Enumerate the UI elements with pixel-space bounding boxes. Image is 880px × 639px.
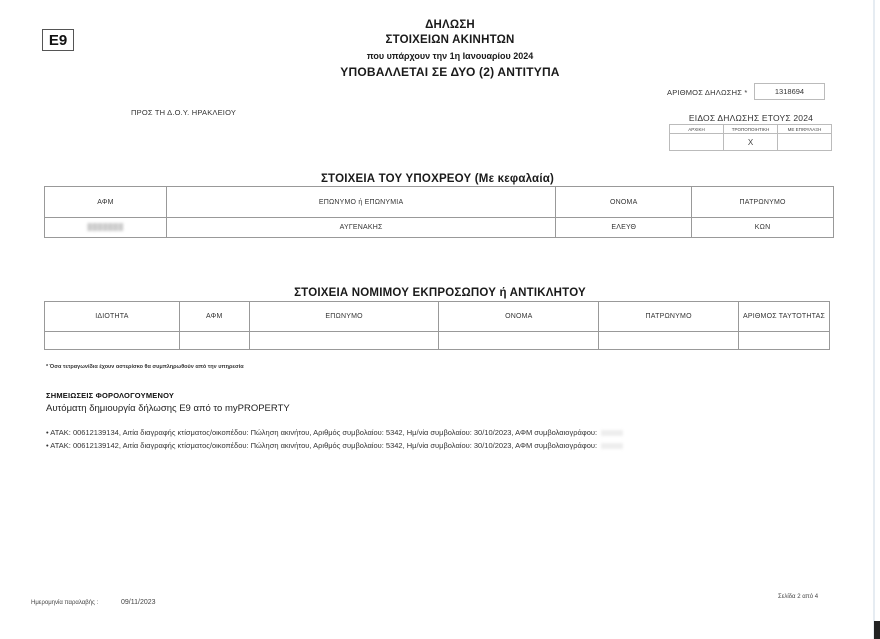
- table-header-row: ΑΦΜ ΕΠΩΝΥΜΟ ή ΕΠΩΝΥΜΙΑ ΟΝΟΜΑ ΠΑΤΡΩΝΥΜΟ: [45, 187, 834, 218]
- title-line-date: που υπάρχουν την 1η Ιανουαρίου 2024: [300, 48, 600, 64]
- scan-corner-artifact: [874, 621, 880, 639]
- kind-header-amending: ΤΡΟΠΟΠΟΙΗΤΙΚΗ: [724, 125, 778, 134]
- title-line-declaration: ΔΗΛΩΣΗ: [300, 18, 600, 32]
- scan-edge-shadow: [873, 0, 875, 639]
- table-row: ▒▒▒▒▒▒▒ ΑΥΓΕΝΑΚΗΣ ΕΛΕΥΘ ΚΩΝ: [45, 218, 834, 238]
- note-text: • ΑΤΑΚ: 00612139134, Αιτία διαγραφής κτί…: [46, 428, 597, 437]
- asterisk-footnote: * Όσα τετραγωνίδια έχουν αστερίσκο θα συ…: [46, 364, 244, 370]
- header-name: ΟΝΟΜΑ: [439, 302, 599, 332]
- rep-surname: [249, 332, 439, 350]
- declaration-number-label: ΑΡΙΘΜΟΣ ΔΗΛΩΣΗΣ *: [667, 88, 747, 97]
- representative-section-title: ΣΤΟΙΧΕΙΑ ΝΟΜΙΜΟΥ ΕΚΠΡΟΣΩΠΟΥ ή ΑΝΤΙΚΛΗΤΟΥ: [270, 287, 610, 299]
- title-line-subject: ΣΤΟΙΧΕΙΩΝ ΑΚΙΝΗΤΩΝ: [300, 32, 600, 48]
- list-item: • ΑΤΑΚ: 00612139142, Αιτία διαγραφής κτί…: [46, 440, 623, 453]
- notes-list: • ΑΤΑΚ: 00612139134, Αιτία διαγραφής κτί…: [46, 427, 623, 452]
- declaration-number-field: 1318694: [754, 83, 825, 100]
- kind-value-initial: [670, 134, 724, 151]
- kind-header-initial: ΑΡΧΙΚΗ: [670, 125, 724, 134]
- list-item: • ΑΤΑΚ: 00612139134, Αιτία διαγραφής κτί…: [46, 427, 623, 440]
- notes-subheading: Αυτόματη δημιουργία δήλωσης Ε9 από το my…: [46, 403, 290, 414]
- table-row: [45, 332, 830, 350]
- obligor-section-title: ΣΤΟΙΧΕΙΑ ΤΟΥ ΥΠΟΧΡΕΟΥ (Με κεφαλαία): [300, 173, 575, 185]
- tax-office-label: ΠΡΟΣ ΤΗ Δ.Ο.Υ. ΗΡΑΚΛΕΙΟΥ: [131, 108, 236, 117]
- received-date-value: 09/11/2023: [121, 599, 156, 606]
- header-surname: ΕΠΩΝΥΜΟ ή ΕΠΩΝΥΜΙΑ: [166, 187, 555, 218]
- received-date-label: Ημερομηνία παραλαβής :: [31, 600, 98, 606]
- notes-heading: ΣΗΜΕΙΩΣΕΙΣ ΦΟΡΟΛΟΓΟΥΜΕΝΟΥ: [46, 391, 174, 400]
- rep-fathers-name: [599, 332, 739, 350]
- document-title: ΔΗΛΩΣΗ ΣΤΟΙΧΕΙΩΝ ΑΚΙΝΗΤΩΝ που υπάρχουν τ…: [300, 18, 600, 80]
- obligor-afm-redacted: ▒▒▒▒▒▒▒: [45, 218, 167, 238]
- header-afm: ΑΦΜ: [45, 187, 167, 218]
- obligor-surname: ΑΥΓΕΝΑΚΗΣ: [166, 218, 555, 238]
- kind-value-reserved: [778, 134, 832, 151]
- declaration-kind-table: ΑΡΧΙΚΗ ΤΡΟΠΟΠΟΙΗΤΙΚΗ ΜΕ ΕΠΙΦΥΛΑΞΗ X: [669, 124, 832, 151]
- note-text: • ΑΤΑΚ: 00612139142, Αιτία διαγραφής κτί…: [46, 441, 597, 450]
- title-line-copies: ΥΠΟΒΑΛΛΕΤΑΙ ΣΕ ΔΥΟ (2) ΑΝΤΙΤΥΠΑ: [300, 64, 600, 80]
- header-id-number: ΑΡΙΘΜΟΣ ΤΑΥΤΟΤΗΤΑΣ: [739, 302, 830, 332]
- rep-afm: [179, 332, 249, 350]
- table-header-row: ΙΔΙΟΤΗΤΑ ΑΦΜ ΕΠΩΝΥΜΟ ΟΝΟΜΑ ΠΑΤΡΩΝΥΜΟ ΑΡΙ…: [45, 302, 830, 332]
- rep-id-number: [739, 332, 830, 350]
- header-capacity: ΙΔΙΟΤΗΤΑ: [45, 302, 180, 332]
- header-surname: ΕΠΩΝΥΜΟ: [249, 302, 439, 332]
- kind-header-reserved: ΜΕ ΕΠΙΦΥΛΑΞΗ: [778, 125, 832, 134]
- form-code-badge: E9: [42, 29, 74, 51]
- obligor-name: ΕΛΕΥΘ: [556, 218, 692, 238]
- rep-name: [439, 332, 599, 350]
- page-number: Σελίδα 2 από 4: [778, 594, 818, 600]
- header-name: ΟΝΟΜΑ: [556, 187, 692, 218]
- header-fathers-name: ΠΑΤΡΩΝΥΜΟ: [599, 302, 739, 332]
- kind-value-amending: X: [724, 134, 778, 151]
- obligor-fathers-name: ΚΩΝ: [692, 218, 834, 238]
- notary-afm-redacted: [601, 443, 623, 449]
- rep-capacity: [45, 332, 180, 350]
- obligor-table: ΑΦΜ ΕΠΩΝΥΜΟ ή ΕΠΩΝΥΜΙΑ ΟΝΟΜΑ ΠΑΤΡΩΝΥΜΟ ▒…: [44, 186, 834, 238]
- representative-table: ΙΔΙΟΤΗΤΑ ΑΦΜ ΕΠΩΝΥΜΟ ΟΝΟΜΑ ΠΑΤΡΩΝΥΜΟ ΑΡΙ…: [44, 301, 830, 350]
- header-afm: ΑΦΜ: [179, 302, 249, 332]
- header-fathers-name: ΠΑΤΡΩΝΥΜΟ: [692, 187, 834, 218]
- notary-afm-redacted: [601, 430, 623, 436]
- declaration-kind-title: ΕΙΔΟΣ ΔΗΛΩΣΗΣ ΕΤΟΥΣ 2024: [676, 113, 826, 123]
